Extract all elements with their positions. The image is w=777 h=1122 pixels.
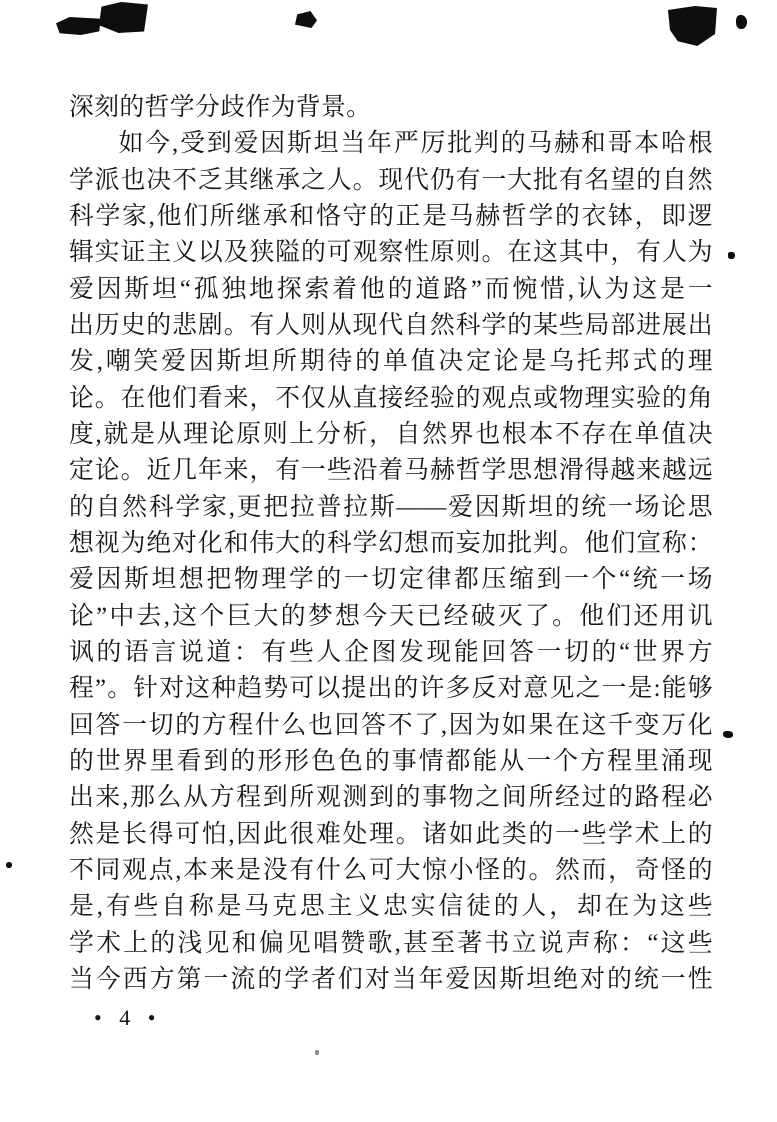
scan-speck: [728, 252, 735, 259]
text-line: 不同观点,本来是没有什么可大惊小怪的。然而，奇怪的: [69, 853, 713, 889]
text-line: 爱因斯坦想把物理学的一切定律都压缩到一个“统一场: [69, 562, 713, 598]
text-line: 度,就是从理论原则上分析，自然界也根本不存在单值决: [69, 417, 713, 453]
scan-speck: [723, 731, 733, 738]
scan-artifact: [99, 2, 148, 33]
scanned-page: 深刻的哲学分歧作为背景。如今,受到爱因斯坦当年严厉批判的马赫和哥本哈根学派也决不…: [0, 0, 777, 1122]
text-line: 定论。近几年来，有一些沿着马赫哲学思想滑得越来越远: [69, 453, 713, 489]
text-line: 出来,那么从方程到所观测到的事物之间所经过的路程必: [69, 780, 713, 816]
text-line: 科学家,他们所继承和恪守的正是马赫哲学的衣钵，即逻: [69, 199, 713, 235]
text-line: 当今西方第一流的学者们对当年爱因斯坦绝对的统一性: [69, 962, 713, 998]
scan-speck: [6, 862, 12, 868]
page-number: • 4 •: [94, 1005, 161, 1031]
text-line: 辑实证主义以及狭隘的可观察性原则。在这其中，有人为: [69, 235, 713, 271]
scan-speck: [315, 1050, 319, 1055]
text-line: 如今,受到爱因斯坦当年严厉批判的马赫和哥本哈根: [69, 126, 713, 162]
text-line: 论”中去,这个巨大的梦想今天已经破灭了。他们还用讥: [69, 599, 713, 635]
text-line: 回答一切的方程什么也回答不了,因为如果在这千变万化: [69, 708, 713, 744]
scan-artifact: [736, 15, 747, 29]
text-line: 学派也决不乏其继承之人。现代仍有一大批有名望的自然: [69, 163, 713, 199]
body-text: 深刻的哲学分歧作为背景。如今,受到爱因斯坦当年严厉批判的马赫和哥本哈根学派也决不…: [69, 90, 713, 998]
text-line: 的自然科学家,更把拉普拉斯——爱因斯坦的统一场论思: [69, 490, 713, 526]
scan-artifact: [56, 17, 101, 35]
text-line: 学术上的浅见和偏见唱赞歌,甚至著书立说声称：“这些: [69, 926, 713, 962]
text-line: 出历史的悲剧。有人则从现代自然科学的某些局部进展出: [69, 308, 713, 344]
text-line: 然是长得可怕,因此很难处理。诸如此类的一些学术上的: [69, 817, 713, 853]
text-line: 深刻的哲学分歧作为背景。: [69, 90, 713, 126]
text-line: 是,有些自称是马克思主义忠实信徒的人，却在为这些: [69, 889, 713, 925]
text-line: 发,嘲笑爱因斯坦所期待的单值决定论是乌托邦式的理: [69, 344, 713, 380]
text-line: 想视为绝对化和伟大的科学幻想而妄加批判。他们宣称：: [69, 526, 713, 562]
scan-artifact: [295, 11, 317, 28]
text-line: 的世界里看到的形形色色的事情都能从一个方程里涌现: [69, 744, 713, 780]
text-line: 爱因斯坦“孤独地探索着他的道路”而惋惜,认为这是一: [69, 272, 713, 308]
text-line: 讽的语言说道：有些人企图发现能回答一切的“世界方: [69, 635, 713, 671]
text-line: 程”。针对这种趋势可以提出的许多反对意见之一是:能够: [69, 671, 713, 707]
scan-artifact: [668, 6, 717, 46]
text-line: 论。在他们看来，不仅从直接经验的观点或物理实验的角: [69, 381, 713, 417]
